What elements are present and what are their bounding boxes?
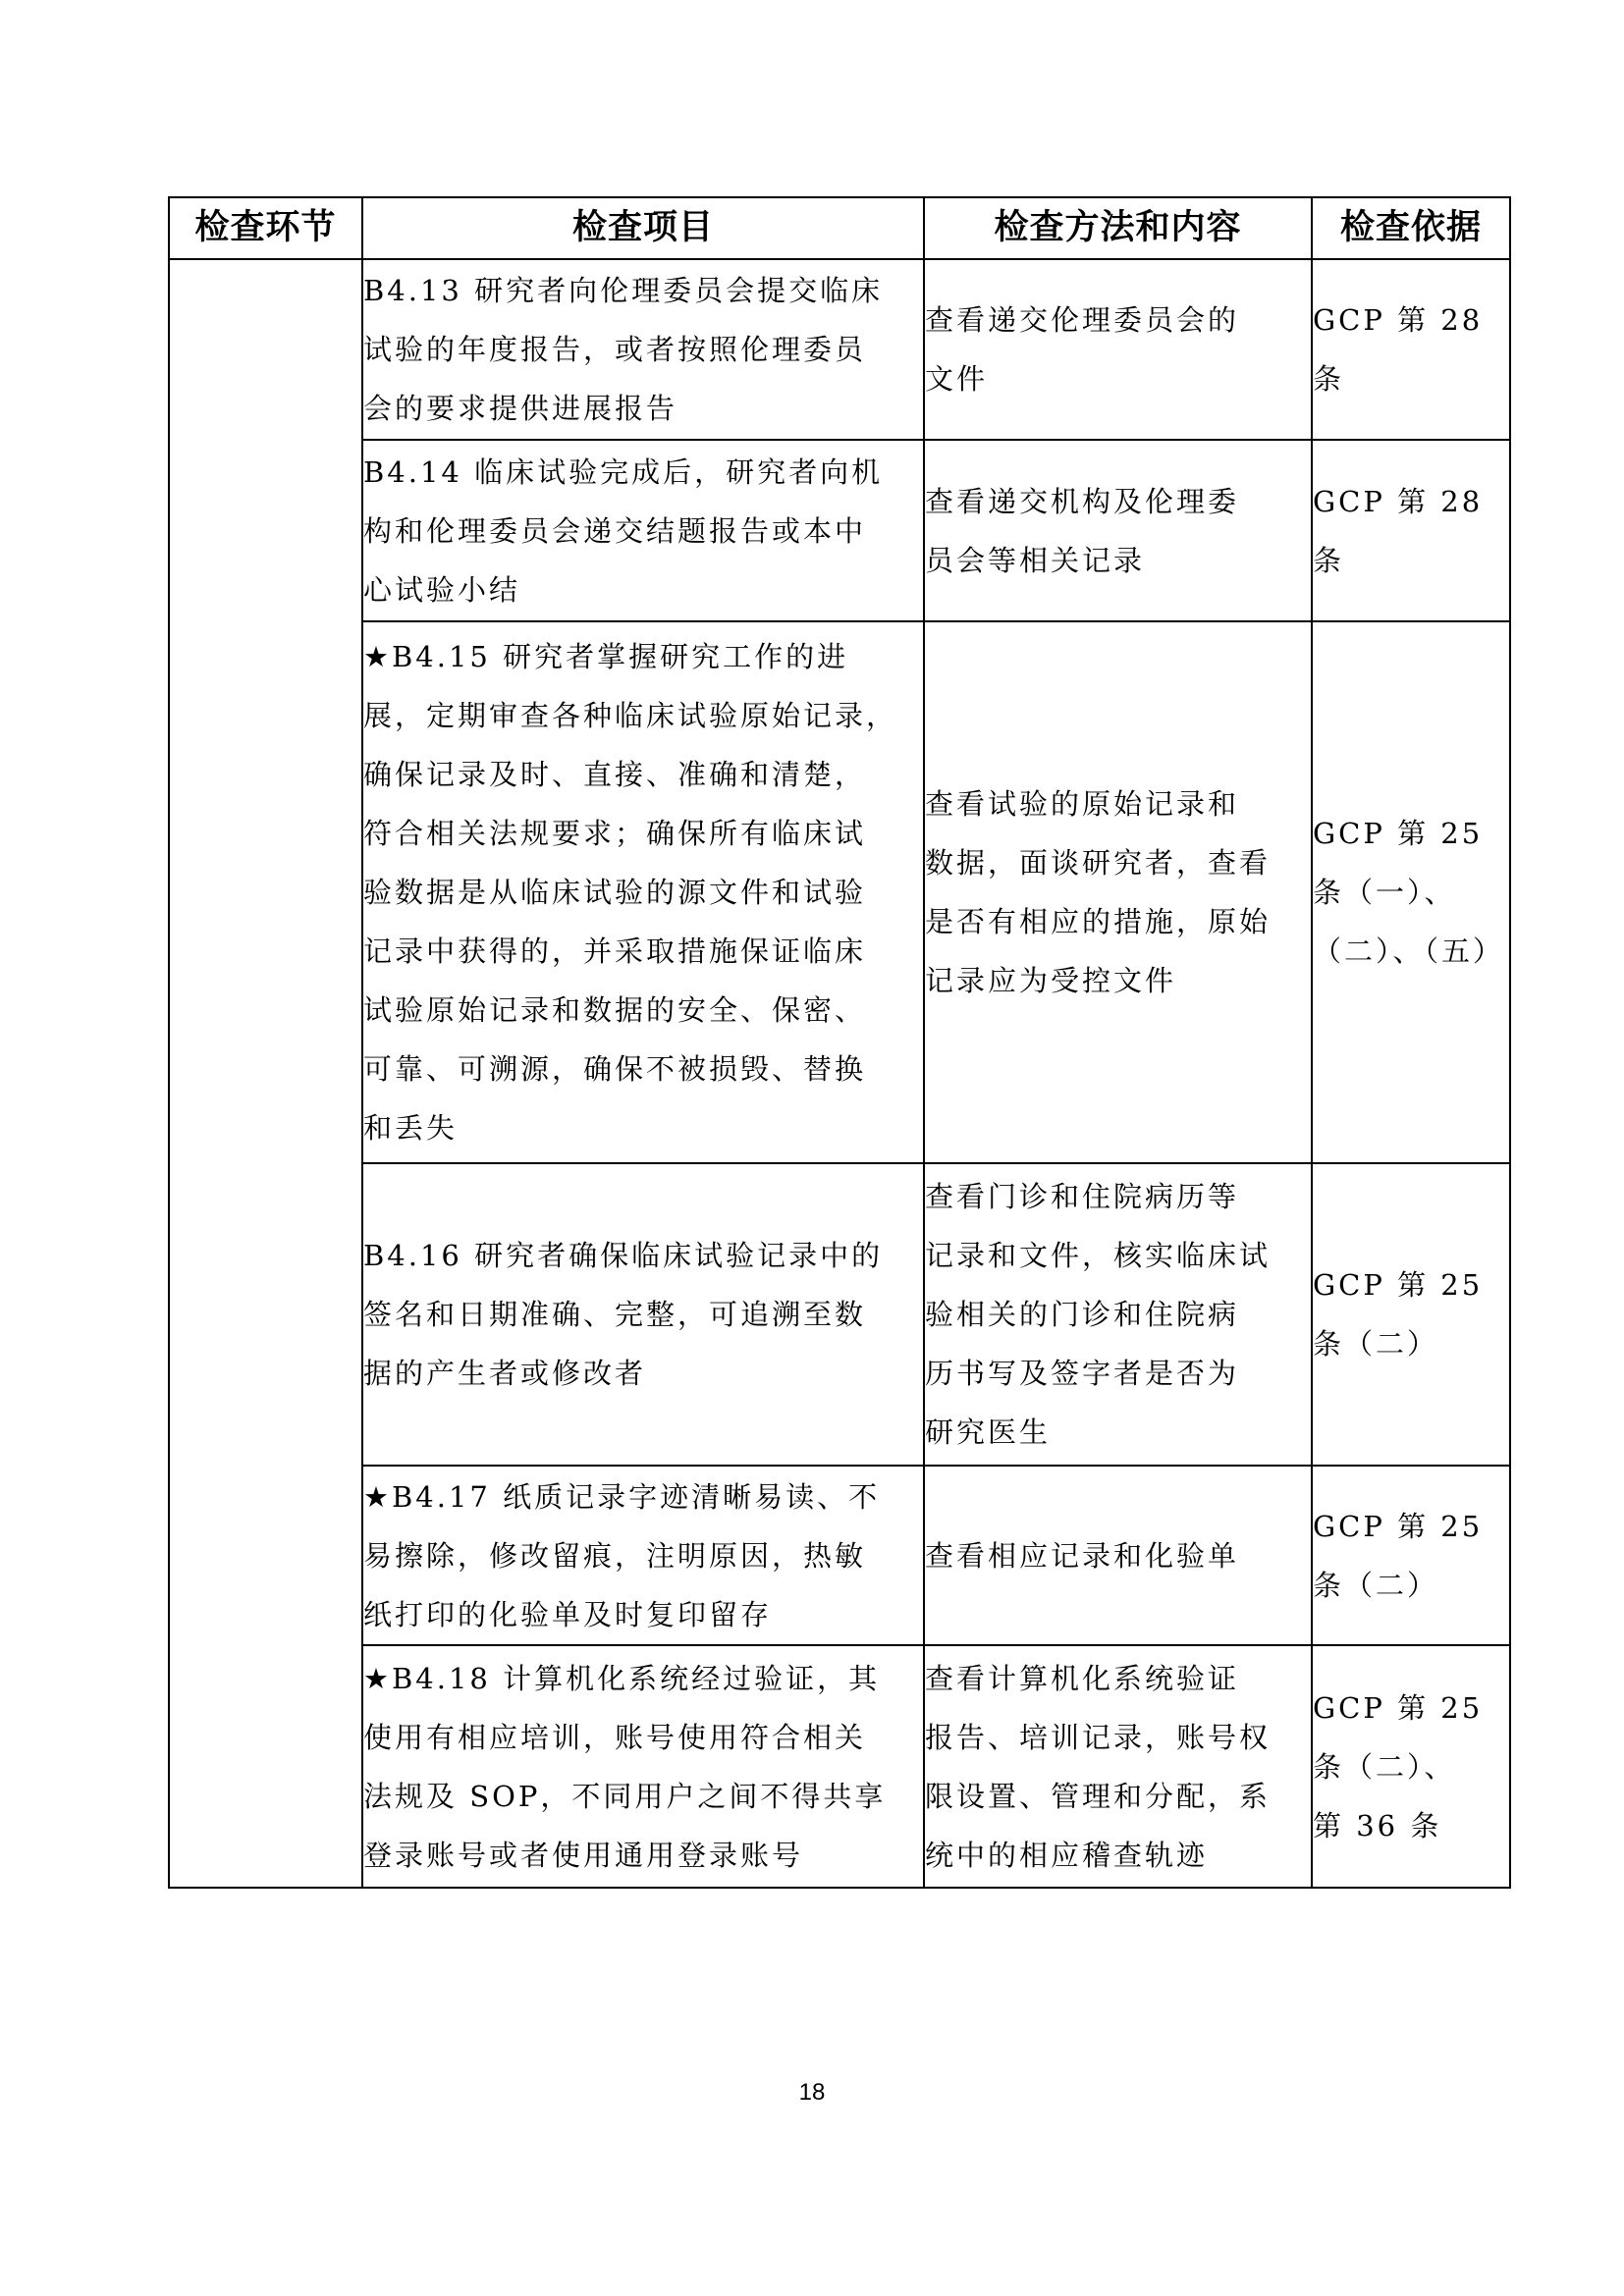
item-line: 据的产生者或修改者: [363, 1344, 923, 1403]
item-line: 易擦除，修改留痕，注明原因，热敏: [363, 1526, 923, 1585]
item-line: B4.16 研究者确保临床试验记录中的: [363, 1226, 923, 1285]
item-cell: B4.13 研究者向伦理委员会提交临床 试验的年度报告，或者按照伦理委员 会的要…: [362, 259, 924, 440]
method-cell: 查看计算机化系统验证 报告、培训记录，账号权 限设置、管理和分配，系 统中的相应…: [924, 1645, 1312, 1888]
item-line: 法规及 SOP，不同用户之间不得共享: [363, 1767, 923, 1826]
basis-line: 第 36 条: [1313, 1796, 1509, 1855]
item-cell: ★B4.17 纸质记录字迹清晰易读、不 易擦除，修改留痕，注明原因，热敏 纸打印…: [362, 1466, 924, 1645]
method-line: 查看试验的原始记录和: [925, 774, 1311, 833]
basis-line: GCP 第 25: [1313, 1255, 1509, 1314]
method-cell: 查看递交伦理委员会的 文件: [924, 259, 1312, 440]
item-line: 心试验小结: [363, 561, 923, 619]
basis-line: 条: [1313, 349, 1509, 408]
basis-line: 条（二）、: [1313, 1737, 1509, 1796]
basis-line: （二）、（五）: [1313, 922, 1509, 981]
item-line: 试验原始记录和数据的安全、保密、: [363, 981, 923, 1040]
method-line: 统中的相应稽查轨迹: [925, 1826, 1311, 1885]
method-line: 查看递交伦理委员会的: [925, 291, 1311, 349]
item-cell: B4.14 临床试验完成后，研究者向机 构和伦理委员会递交结题报告或本中 心试验…: [362, 440, 924, 621]
basis-line: GCP 第 25: [1313, 804, 1509, 863]
item-line: 使用有相应培训，账号使用符合相关: [363, 1708, 923, 1767]
method-cell: 查看相应记录和化验单: [924, 1466, 1312, 1645]
basis-cell: GCP 第 25 条（二）: [1312, 1163, 1510, 1466]
table-row: B4.13 研究者向伦理委员会提交临床 试验的年度报告，或者按照伦理委员 会的要…: [169, 259, 1510, 440]
basis-line: GCP 第 25: [1313, 1497, 1509, 1556]
method-cell: 查看试验的原始记录和 数据，面谈研究者，查看 是否有相应的措施，原始 记录应为受…: [924, 621, 1312, 1163]
page-number: 18: [0, 2079, 1624, 2107]
item-line: 构和伦理委员会递交结题报告或本中: [363, 502, 923, 561]
basis-cell: GCP 第 28 条: [1312, 259, 1510, 440]
header-inspection-item: 检查项目: [362, 197, 924, 259]
method-line: 数据，面谈研究者，查看: [925, 833, 1311, 892]
item-line: 登录账号或者使用通用登录账号: [363, 1826, 923, 1885]
method-cell: 查看递交机构及伦理委 员会等相关记录: [924, 440, 1312, 621]
item-line: 会的要求提供进展报告: [363, 379, 923, 438]
document-page: 检查环节 检查项目 检查方法和内容 检查依据 B4.13 研究者向伦理委员会提交…: [0, 0, 1624, 2296]
basis-line: GCP 第 25: [1313, 1679, 1509, 1737]
basis-cell: GCP 第 28 条: [1312, 440, 1510, 621]
method-line: 限设置、管理和分配，系: [925, 1767, 1311, 1826]
method-line: 查看计算机化系统验证: [925, 1649, 1311, 1708]
method-line: 文件: [925, 349, 1311, 408]
item-line: 和丢失: [363, 1098, 923, 1157]
basis-cell: GCP 第 25 条（二）、 第 36 条: [1312, 1645, 1510, 1888]
basis-line: GCP 第 28: [1313, 472, 1509, 531]
table-row: ★B4.15 研究者掌握研究工作的进 展，定期审查各种临床试验原始记录， 确保记…: [169, 621, 1510, 1163]
item-line: 签名和日期准确、完整，可追溯至数: [363, 1285, 923, 1344]
method-line: 报告、培训记录，账号权: [925, 1708, 1311, 1767]
item-line: B4.13 研究者向伦理委员会提交临床: [363, 261, 923, 320]
item-line: 可靠、可溯源，确保不被损毁、替换: [363, 1040, 923, 1098]
item-line: 记录中获得的，并采取措施保证临床: [363, 922, 923, 981]
method-line: 研究医生: [925, 1403, 1311, 1462]
header-inspection-method: 检查方法和内容: [924, 197, 1312, 259]
method-line: 查看门诊和住院病历等: [925, 1167, 1311, 1226]
basis-cell: GCP 第 25 条（二）: [1312, 1466, 1510, 1645]
item-cell: B4.16 研究者确保临床试验记录中的 签名和日期准确、完整，可追溯至数 据的产…: [362, 1163, 924, 1466]
item-line: 展，定期审查各种临床试验原始记录，: [363, 686, 923, 745]
basis-line: 条（二）: [1313, 1556, 1509, 1615]
item-line: ★B4.15 研究者掌握研究工作的进: [363, 627, 923, 686]
basis-line: GCP 第 28: [1313, 291, 1509, 349]
item-line: 确保记录及时、直接、准确和清楚，: [363, 745, 923, 804]
basis-line: 条（二）: [1313, 1314, 1509, 1373]
method-cell: 查看门诊和住院病历等 记录和文件，核实临床试 验相关的门诊和住院病 历书写及签字…: [924, 1163, 1312, 1466]
header-inspection-basis: 检查依据: [1312, 197, 1510, 259]
method-line: 是否有相应的措施，原始: [925, 892, 1311, 951]
table-row: B4.16 研究者确保临床试验记录中的 签名和日期准确、完整，可追溯至数 据的产…: [169, 1163, 1510, 1466]
item-line: 验数据是从临床试验的源文件和试验: [363, 863, 923, 922]
section-cell: [169, 259, 362, 1888]
item-line: 试验的年度报告，或者按照伦理委员: [363, 320, 923, 379]
method-line: 查看相应记录和化验单: [925, 1526, 1311, 1585]
basis-line: 条（一）、: [1313, 863, 1509, 922]
table-header-row: 检查环节 检查项目 检查方法和内容 检查依据: [169, 197, 1510, 259]
item-cell: ★B4.18 计算机化系统经过验证，其 使用有相应培训，账号使用符合相关 法规及…: [362, 1645, 924, 1888]
item-line: ★B4.18 计算机化系统经过验证，其: [363, 1649, 923, 1708]
table-row: B4.14 临床试验完成后，研究者向机 构和伦理委员会递交结题报告或本中 心试验…: [169, 440, 1510, 621]
header-inspection-stage: 检查环节: [169, 197, 362, 259]
method-line: 查看递交机构及伦理委: [925, 472, 1311, 531]
table-row: ★B4.18 计算机化系统经过验证，其 使用有相应培训，账号使用符合相关 法规及…: [169, 1645, 1510, 1888]
inspection-table: 检查环节 检查项目 检查方法和内容 检查依据 B4.13 研究者向伦理委员会提交…: [168, 196, 1511, 1889]
method-line: 记录和文件，核实临床试: [925, 1226, 1311, 1285]
item-cell: ★B4.15 研究者掌握研究工作的进 展，定期审查各种临床试验原始记录， 确保记…: [362, 621, 924, 1163]
method-line: 记录应为受控文件: [925, 951, 1311, 1010]
basis-cell: GCP 第 25 条（一）、 （二）、（五）: [1312, 621, 1510, 1163]
item-line: B4.14 临床试验完成后，研究者向机: [363, 443, 923, 502]
item-line: 符合相关法规要求；确保所有临床试: [363, 804, 923, 863]
method-line: 员会等相关记录: [925, 531, 1311, 590]
basis-line: 条: [1313, 531, 1509, 590]
method-line: 验相关的门诊和住院病: [925, 1285, 1311, 1344]
method-line: 历书写及签字者是否为: [925, 1344, 1311, 1403]
item-line: ★B4.17 纸质记录字迹清晰易读、不: [363, 1468, 923, 1526]
table-row: ★B4.17 纸质记录字迹清晰易读、不 易擦除，修改留痕，注明原因，热敏 纸打印…: [169, 1466, 1510, 1645]
item-line: 纸打印的化验单及时复印留存: [363, 1585, 923, 1644]
